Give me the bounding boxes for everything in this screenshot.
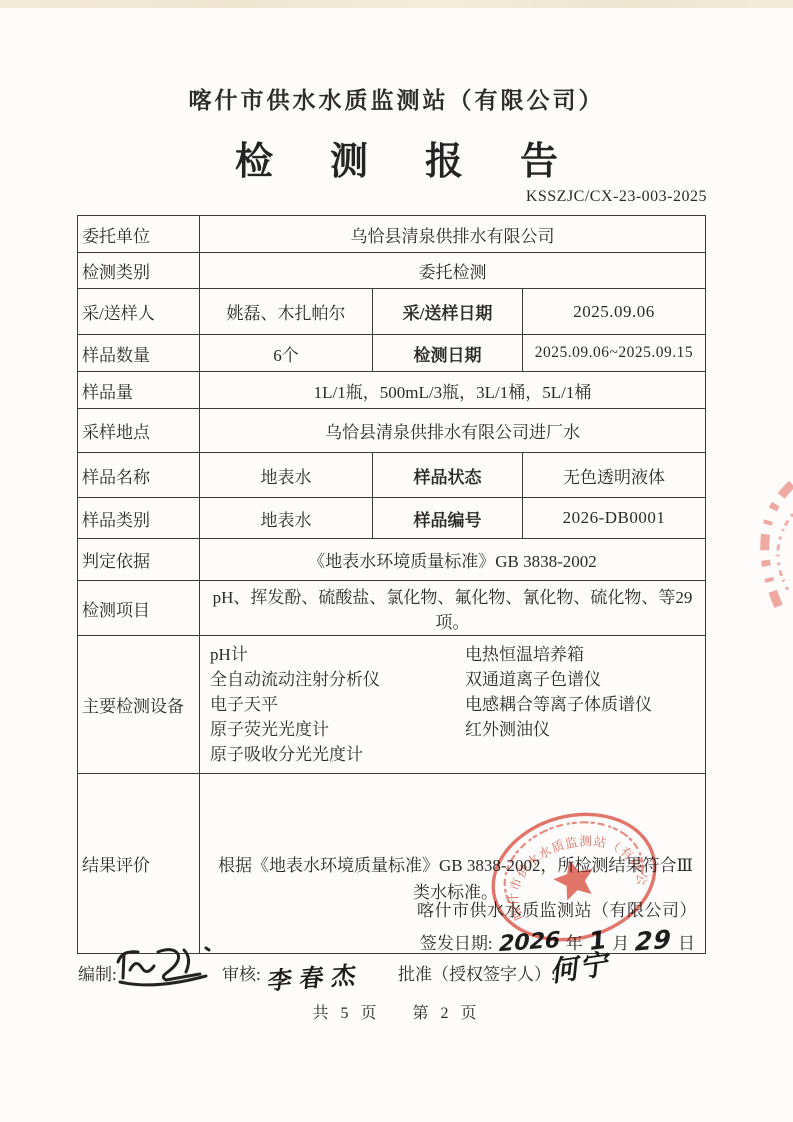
equipment-list-right: 电热恒温培养箱 双通道离子色谱仪 电感耦合等离子体质谱仪 红外测油仪 [465, 642, 652, 742]
report-title-text: 检测报告 [178, 141, 615, 183]
table-row: 样品类别 地表水 样品编号 2026-DB0001 [78, 498, 706, 539]
table-row: 样品量 1L/1瓶，500mL/3瓶，3L/1桶，5L/1桶 [78, 372, 706, 409]
row-label: 采/送样日期 [373, 289, 523, 335]
report-table: 委托单位 乌恰县清泉供排水有限公司 检测类别 委托检测 采/送样人 姚磊、木扎帕… [77, 215, 706, 954]
row-label: 检测日期 [373, 335, 523, 372]
report-title: 检测报告 [0, 130, 793, 185]
equipment-item: pH计 [210, 642, 465, 667]
row-value: 地表水 [200, 498, 373, 539]
current-page: 第 2 页 [413, 1005, 481, 1022]
equipment-item: 电子天平 [210, 692, 465, 717]
row-value: 1L/1瓶，500mL/3瓶，3L/1桶，5L/1桶 [200, 372, 706, 409]
table-row: 检测类别 委托检测 [78, 253, 706, 289]
company-title: 喀什市供水水质监测站（有限公司） [0, 82, 793, 115]
maker-label: 编制: [78, 960, 117, 985]
row-value: 2025.09.06~2025.09.15 [523, 335, 706, 372]
edge-seal-fragment [748, 478, 793, 620]
table-row: 判定依据 《地表水环境质量标准》GB 3838-2002 [78, 539, 706, 581]
equipment-item: 电感耦合等离子体质谱仪 [465, 692, 652, 717]
row-value: 委托检测 [200, 253, 706, 289]
reviewer-signature: 李春杰 [266, 954, 365, 996]
approver-label: 批准（授权签字人）: [398, 960, 556, 985]
table-row: 样品数量 6个 检测日期 2025.09.06~2025.09.15 [78, 335, 706, 372]
row-label: 样品数量 [78, 335, 200, 372]
row-label: 样品名称 [78, 453, 200, 498]
row-value: 乌恰县清泉供排水有限公司进厂水 [200, 409, 706, 453]
row-label: 判定依据 [78, 539, 200, 581]
table-row: 采样地点 乌恰县清泉供排水有限公司进厂水 [78, 409, 706, 453]
table-row: 检测项目 pH、挥发酚、硫酸盐、氯化物、氟化物、氰化物、硫化物、等29项。 [78, 581, 706, 636]
row-value: 2025.09.06 [523, 289, 706, 335]
reviewer-label: 审核: [222, 960, 261, 985]
result-org-name: 喀什市供水水质监测站（有限公司） [417, 896, 697, 921]
equipment-item: 全自动流动注射分析仪 [210, 667, 465, 692]
signature-row: 编制: 审核: 李春杰 批准（授权签字人）: 何宁 [0, 952, 793, 1002]
row-label: 采样地点 [78, 409, 200, 453]
issue-date-label: 签发日期: [420, 929, 493, 954]
page-footer: 共 5 页 第 2 页 [0, 1000, 793, 1023]
row-label: 样品量 [78, 372, 200, 409]
table-row: 委托单位 乌恰县清泉供排水有限公司 [78, 216, 706, 253]
result-cell: 根据《地表水环境质量标准》GB 3838-2002，所检测结果符合Ⅲ类水标准。 … [200, 774, 706, 954]
result-text: 根据《地表水环境质量标准》GB 3838-2002，所检测结果符合Ⅲ类水标准。 [204, 822, 701, 906]
row-label: 主要检测设备 [78, 636, 200, 774]
equipment-cell: pH计 全自动流动注射分析仪 电子天平 原子荧光光度计 原子吸收分光光度计 电热… [200, 636, 706, 774]
row-label: 检测项目 [78, 581, 200, 636]
report-page: 喀什市供水水质监测站（有限公司） 检测报告 KSSZJC/CX-23-003-2… [0, 0, 793, 1122]
table-row: 结果评价 根据《地表水环境质量标准》GB 3838-2002，所检测结果符合Ⅲ类… [78, 774, 706, 954]
equipment-item: 双通道离子色谱仪 [465, 667, 652, 692]
equipment-list-left: pH计 全自动流动注射分析仪 电子天平 原子荧光光度计 原子吸收分光光度计 [210, 642, 465, 767]
row-value: 6个 [200, 335, 373, 372]
row-label: 检测类别 [78, 253, 200, 289]
row-label: 样品编号 [373, 498, 523, 539]
equipment-item: 原子吸收分光光度计 [210, 742, 465, 767]
row-value: 姚磊、木扎帕尔 [200, 289, 373, 335]
row-value: 《地表水环境质量标准》GB 3838-2002 [200, 539, 706, 581]
table-row: 样品名称 地表水 样品状态 无色透明液体 [78, 453, 706, 498]
document-number: KSSZJC/CX-23-003-2025 [526, 188, 707, 206]
equipment-item: 电热恒温培养箱 [465, 642, 652, 667]
row-label: 样品类别 [78, 498, 200, 539]
row-value: pH、挥发酚、硫酸盐、氯化物、氟化物、氰化物、硫化物、等29项。 [200, 581, 706, 636]
total-pages: 共 5 页 [312, 1005, 380, 1022]
row-label: 结果评价 [78, 774, 200, 954]
table-row: 主要检测设备 pH计 全自动流动注射分析仪 电子天平 原子荧光光度计 原子吸收分… [78, 636, 706, 774]
maker-signature-scribble [114, 942, 218, 999]
equipment-item: 红外测油仪 [465, 717, 652, 742]
row-label: 采/送样人 [78, 289, 200, 335]
row-value: 地表水 [200, 453, 373, 498]
day-char: 日 [678, 929, 695, 954]
approver-signature: 何宁 [550, 941, 614, 990]
row-label: 样品状态 [373, 453, 523, 498]
row-value: 乌恰县清泉供排水有限公司 [200, 216, 706, 253]
row-label: 委托单位 [78, 216, 200, 253]
row-value: 2026-DB0001 [523, 498, 706, 539]
table-row: 采/送样人 姚磊、木扎帕尔 采/送样日期 2025.09.06 [78, 289, 706, 335]
scan-edge-strip [0, 0, 793, 8]
equipment-item: 原子荧光光度计 [210, 717, 465, 742]
row-value: 无色透明液体 [523, 453, 706, 498]
month-char: 月 [612, 929, 629, 954]
